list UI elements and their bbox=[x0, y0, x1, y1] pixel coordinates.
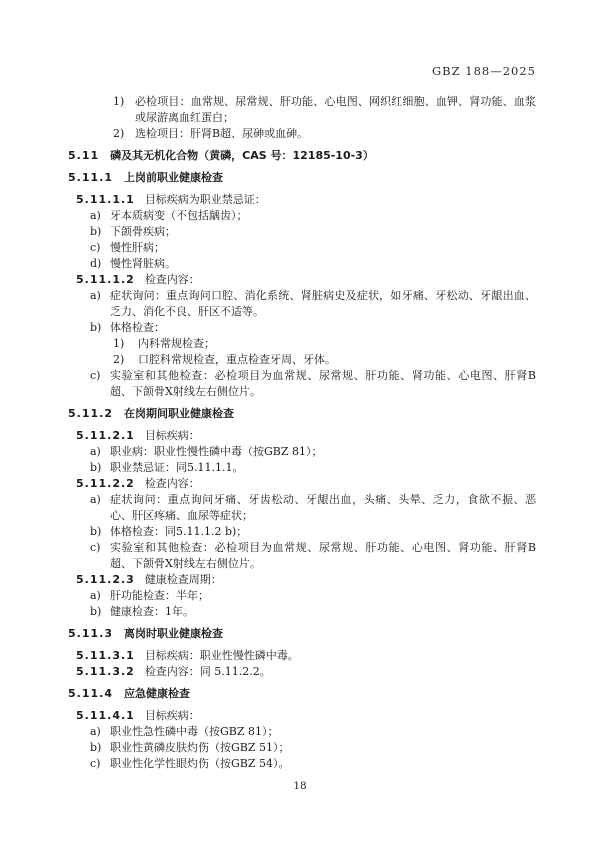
list-item-letter: b) 体格检查： bbox=[90, 320, 536, 336]
item-text: 肝功能检查：半年； bbox=[110, 588, 536, 604]
list-item-letter: a) 肝功能检查：半年； bbox=[90, 588, 536, 604]
item-marker: b) bbox=[90, 224, 110, 240]
item-marker: 1) bbox=[113, 94, 135, 126]
item-text: 必检项目：血常规、尿常规、肝功能、心电图、网织红细胞、血钾、肾功能、血浆或尿游离… bbox=[135, 94, 536, 126]
clause-heading: 5.11 磷及其无机化合物（黄磷，CAS 号：12185-10-3） bbox=[68, 148, 536, 164]
list-item-letter: b) 职业禁忌证：同5.11.1.1。 bbox=[90, 460, 536, 476]
item-marker: c) bbox=[90, 756, 110, 772]
clause-paragraph: 5.11.3.1 目标疾病：职业性慢性磷中毒。 bbox=[76, 648, 536, 664]
clause-paragraph: 5.11.2.2 检查内容： bbox=[76, 476, 536, 492]
item-marker: 1) bbox=[113, 336, 138, 352]
item-text: 慢性肾脏病。 bbox=[110, 256, 536, 272]
item-text: 症状询问：重点询问口腔、消化系统、肾脏病史及症状，如牙痛、牙松动、牙龈出血、乏力… bbox=[110, 288, 536, 320]
item-marker: b) bbox=[90, 740, 110, 756]
item-marker: a) bbox=[90, 208, 110, 224]
list-item-number: 1) 必检项目：血常规、尿常规、肝功能、心电图、网织红细胞、血钾、肾功能、血浆或… bbox=[113, 94, 536, 126]
item-marker: a) bbox=[90, 288, 110, 320]
list-item-letter: c) 实验室和其他检查：必检项目为血常规、尿常规、肝功能、肾功能、心电图、肝肾B… bbox=[90, 368, 536, 400]
item-marker: 2) bbox=[113, 126, 135, 142]
list-item-letter: a) 职业性急性磷中毒（按GBZ 81）； bbox=[90, 724, 536, 740]
clause-number: 5.11.4 bbox=[68, 686, 113, 702]
clause-paragraph: 5.11.2.3 健康检查周期： bbox=[76, 572, 536, 588]
item-text: 体格检查： bbox=[110, 320, 536, 336]
page-number: 18 bbox=[0, 780, 600, 792]
item-marker: b) bbox=[90, 320, 110, 336]
clause-paragraph: 5.11.1.1 目标疾病为职业禁忌证： bbox=[76, 192, 536, 208]
item-marker: b) bbox=[90, 524, 110, 540]
clause-paragraph: 5.11.3.2 检查内容：同 5.11.2.2。 bbox=[76, 664, 536, 680]
list-item-letter: b) 下颌骨疾病； bbox=[90, 224, 536, 240]
clause-text: 目标疾病： bbox=[145, 428, 536, 444]
clause-title: 在岗期间职业健康检查 bbox=[124, 406, 536, 422]
item-text: 健康检查：1年。 bbox=[110, 604, 536, 620]
item-marker: c) bbox=[90, 540, 110, 572]
item-text: 口腔科常规检查，重点检查牙周、牙体。 bbox=[138, 352, 536, 368]
document-page: GBZ 188—2025 1) 必检项目：血常规、尿常规、肝功能、心电图、网织红… bbox=[0, 0, 600, 848]
list-item-letter: a) 症状询问：重点询问口腔、消化系统、肾脏病史及症状，如牙痛、牙松动、牙龈出血… bbox=[90, 288, 536, 320]
clause-text: 目标疾病为职业禁忌证： bbox=[145, 192, 536, 208]
subclause-heading: 5.11.2 在岗期间职业健康检查 bbox=[68, 406, 536, 422]
clause-number: 5.11.2.3 bbox=[76, 572, 135, 588]
item-text: 牙本质病变（不包括龋齿）； bbox=[110, 208, 536, 224]
clause-title: 应急健康检查 bbox=[124, 686, 536, 702]
list-item-letter: d) 慢性肾脏病。 bbox=[90, 256, 536, 272]
item-marker: c) bbox=[90, 240, 110, 256]
item-text: 下颌骨疾病； bbox=[110, 224, 536, 240]
clause-number: 5.11.3 bbox=[68, 626, 113, 642]
item-text: 症状询问：重点询问牙痛、牙齿松动、牙龈出血，头痛、头晕、乏力，食欲不振、恶心、肝… bbox=[110, 492, 536, 524]
clause-text: 健康检查周期： bbox=[145, 572, 536, 588]
clause-text: 检查内容： bbox=[145, 272, 536, 288]
item-text: 实验室和其他检查：必检项目为血常规、尿常规、肝功能、心电图、肾功能、肝肾B超、下… bbox=[110, 540, 536, 572]
list-item-letter: a) 症状询问：重点询问牙痛、牙齿松动、牙龈出血，头痛、头晕、乏力，食欲不振、恶… bbox=[90, 492, 536, 524]
clause-paragraph: 5.11.4.1 目标疾病： bbox=[76, 708, 536, 724]
list-item-letter: b) 职业性黄磷皮肤灼伤（按GBZ 51）； bbox=[90, 740, 536, 756]
item-marker: b) bbox=[90, 460, 110, 476]
item-text: 职业性化学性眼灼伤（按GBZ 54）。 bbox=[110, 756, 536, 772]
item-text: 实验室和其他检查：必检项目为血常规、尿常规、肝功能、肾功能、心电图、肝肾B超、下… bbox=[110, 368, 536, 400]
item-marker: d) bbox=[90, 256, 110, 272]
list-item-letter: a) 牙本质病变（不包括龋齿）； bbox=[90, 208, 536, 224]
item-text: 职业性急性磷中毒（按GBZ 81）； bbox=[110, 724, 536, 740]
clause-paragraph: 5.11.2.1 目标疾病： bbox=[76, 428, 536, 444]
standard-number: GBZ 188—2025 bbox=[68, 64, 536, 78]
item-marker: 2) bbox=[113, 352, 138, 368]
item-marker: a) bbox=[90, 444, 110, 460]
list-item-letter: c) 实验室和其他检查：必检项目为血常规、尿常规、肝功能、心电图、肾功能、肝肾B… bbox=[90, 540, 536, 572]
subclause-heading: 5.11.1 上岗前职业健康检查 bbox=[68, 170, 536, 186]
list-item-letter: b) 体格检查：同5.11.1.2 b)； bbox=[90, 524, 536, 540]
item-text: 体格检查：同5.11.1.2 b)； bbox=[110, 524, 536, 540]
item-marker: a) bbox=[90, 492, 110, 524]
clause-number: 5.11 bbox=[68, 148, 99, 164]
item-text: 职业禁忌证：同5.11.1.1。 bbox=[110, 460, 536, 476]
clause-number: 5.11.1.2 bbox=[76, 272, 135, 288]
list-item-number: 1) 内科常规检查； bbox=[113, 336, 536, 352]
clause-number: 5.11.2.1 bbox=[76, 428, 135, 444]
item-text: 慢性肝病； bbox=[110, 240, 536, 256]
clause-text: 检查内容：同 5.11.2.2。 bbox=[145, 664, 536, 680]
clause-title: 磷及其无机化合物（黄磷，CAS 号：12185-10-3） bbox=[110, 148, 536, 164]
clause-paragraph: 5.11.1.2 检查内容： bbox=[76, 272, 536, 288]
item-text: 内科常规检查； bbox=[138, 336, 536, 352]
clause-number: 5.11.1 bbox=[68, 170, 113, 186]
document-body: GBZ 188—2025 1) 必检项目：血常规、尿常规、肝功能、心电图、网织红… bbox=[0, 0, 600, 772]
clause-text: 目标疾病： bbox=[145, 708, 536, 724]
clause-text: 目标疾病：职业性慢性磷中毒。 bbox=[145, 648, 536, 664]
list-item-letter: b) 健康检查：1年。 bbox=[90, 604, 536, 620]
clause-number: 5.11.3.1 bbox=[76, 648, 135, 664]
clause-text: 检查内容： bbox=[145, 476, 536, 492]
item-text: 职业性黄磷皮肤灼伤（按GBZ 51）； bbox=[110, 740, 536, 756]
item-text: 选检项目：肝肾B超、尿砷或血砷。 bbox=[135, 126, 536, 142]
item-marker: a) bbox=[90, 724, 110, 740]
item-marker: a) bbox=[90, 588, 110, 604]
subclause-heading: 5.11.3 离岗时职业健康检查 bbox=[68, 626, 536, 642]
clause-title: 上岗前职业健康检查 bbox=[124, 170, 536, 186]
list-item-letter: a) 职业病：职业性慢性磷中毒（按GBZ 81）； bbox=[90, 444, 536, 460]
item-marker: c) bbox=[90, 368, 110, 400]
clause-number: 5.11.4.1 bbox=[76, 708, 135, 724]
subclause-heading: 5.11.4 应急健康检查 bbox=[68, 686, 536, 702]
clause-number: 5.11.2 bbox=[68, 406, 113, 422]
list-item-number: 2) 口腔科常规检查，重点检查牙周、牙体。 bbox=[113, 352, 536, 368]
item-marker: b) bbox=[90, 604, 110, 620]
list-item-number: 2) 选检项目：肝肾B超、尿砷或血砷。 bbox=[113, 126, 536, 142]
clause-number: 5.11.2.2 bbox=[76, 476, 135, 492]
clause-number: 5.11.1.1 bbox=[76, 192, 135, 208]
clause-number: 5.11.3.2 bbox=[76, 664, 135, 680]
clause-title: 离岗时职业健康检查 bbox=[124, 626, 536, 642]
list-item-letter: c) 慢性肝病； bbox=[90, 240, 536, 256]
item-text: 职业病：职业性慢性磷中毒（按GBZ 81）； bbox=[110, 444, 536, 460]
list-item-letter: c) 职业性化学性眼灼伤（按GBZ 54）。 bbox=[90, 756, 536, 772]
